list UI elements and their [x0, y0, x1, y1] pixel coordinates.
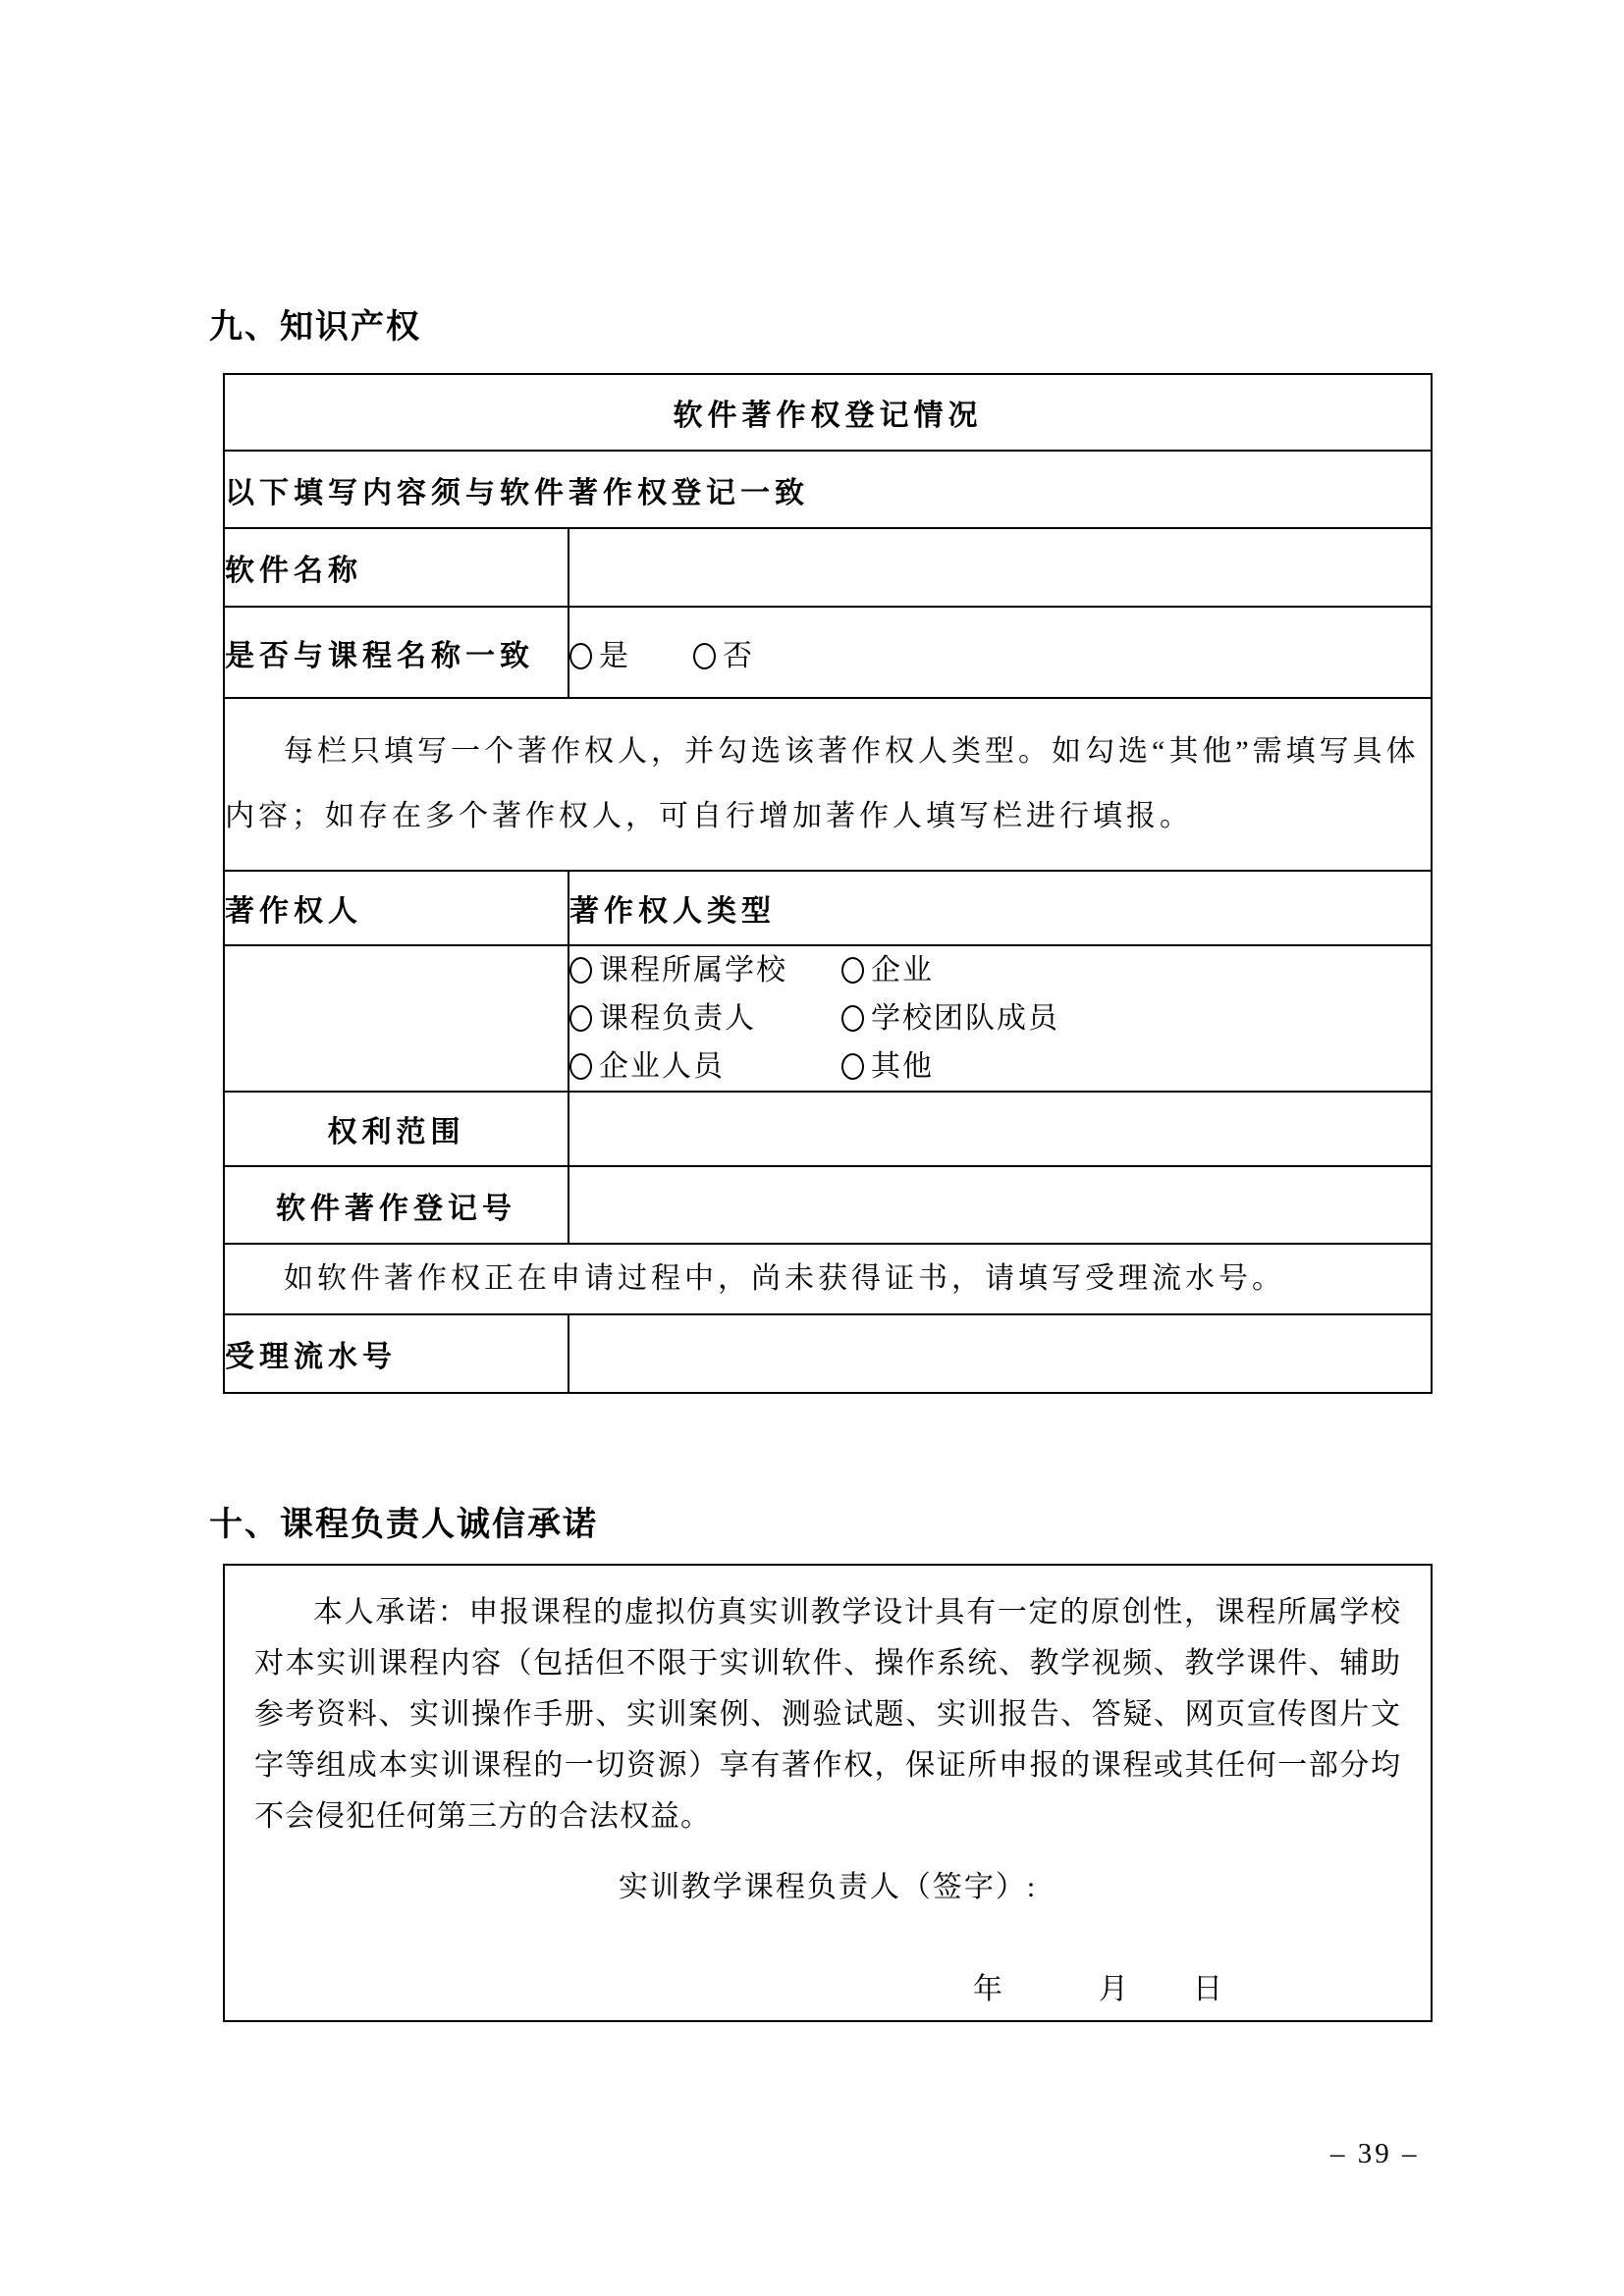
- radio-icon-course-leader[interactable]: [569, 1005, 592, 1032]
- owner-type-option-row: 课程负责人学校团队成员: [569, 994, 1431, 1042]
- date-line: 年 月 日: [225, 1964, 1431, 2015]
- no-option-label: 否: [723, 640, 754, 672]
- copyright-owner-note: 每栏只填写一个著作权人，并勾选该著作权人类型。如勾选“其他”需填写具体内容；如存…: [224, 698, 1432, 871]
- match-course-name-label: 是否与课程名称一致: [224, 607, 568, 698]
- table-row: 以下填写内容须与软件著作权登记一致: [224, 451, 1432, 528]
- radio-option-label: 学校团队成员: [871, 1002, 1059, 1035]
- radio-option: 学校团队成员: [841, 1002, 1059, 1035]
- radio-option-label: 企业人员: [599, 1050, 725, 1083]
- radio-option-label: 课程负责人: [599, 1002, 756, 1035]
- rights-scope-label: 权利范围: [224, 1092, 568, 1166]
- commitment-box: 本人承诺：申报课程的虚拟仿真实训教学设计具有一定的原创性，课程所属学校对本实训课…: [223, 1564, 1433, 2022]
- table-row: 软件名称: [224, 528, 1432, 607]
- radio-option: 其他: [841, 1050, 934, 1083]
- table-row: 如软件著作权正在申请过程中，尚未获得证书，请填写受理流水号。: [224, 1244, 1432, 1314]
- table-row: 著作权人 著作权人类型: [224, 871, 1432, 945]
- registration-number-label: 软件著作登记号: [224, 1166, 568, 1244]
- serial-number-field[interactable]: [568, 1314, 1432, 1393]
- radio-icon-course-school[interactable]: [569, 957, 592, 984]
- serial-number-label: 受理流水号: [224, 1314, 568, 1393]
- table-row: 是否与课程名称一致 是否: [224, 607, 1432, 698]
- copyright-owner-field[interactable]: [224, 945, 568, 1092]
- table-row: 受理流水号: [224, 1314, 1432, 1393]
- radio-icon-yes[interactable]: [569, 643, 592, 669]
- software-name-field[interactable]: [568, 528, 1432, 607]
- section-title-intellectual-property: 九、知识产权: [209, 307, 1624, 347]
- radio-icon-other[interactable]: [841, 1053, 864, 1080]
- match-course-choice-cell: 是否: [568, 607, 1432, 698]
- radio-option: 企业人员: [569, 1042, 841, 1091]
- section-title-integrity-commitment: 十、课程负责人诚信承诺: [209, 1505, 1624, 1544]
- owner-type-option-row: 课程所属学校企业: [569, 946, 1431, 994]
- table-row: 课程所属学校企业 课程负责人学校团队成员 企业人员其他: [224, 945, 1432, 1092]
- software-name-label: 软件名称: [224, 528, 568, 607]
- radio-option-label: 企业: [871, 954, 934, 987]
- radio-option: 课程负责人: [569, 994, 841, 1042]
- radio-icon-enterprise-staff[interactable]: [569, 1053, 592, 1080]
- radio-option: 企业: [841, 954, 934, 987]
- table-header-copyright-registration: 软件著作权登记情况: [224, 374, 1432, 451]
- pending-application-note: 如软件著作权正在申请过程中，尚未获得证书，请填写受理流水号。: [224, 1244, 1432, 1314]
- copyright-owner-label: 著作权人: [224, 871, 568, 945]
- table-row: 软件著作权登记情况: [224, 374, 1432, 451]
- rights-scope-field[interactable]: [568, 1092, 1432, 1166]
- radio-option-label: 课程所属学校: [599, 954, 787, 987]
- table-subheader-note: 以下填写内容须与软件著作权登记一致: [224, 451, 1432, 528]
- radio-icon-enterprise[interactable]: [841, 957, 864, 984]
- table-row: 每栏只填写一个著作权人，并勾选该著作权人类型。如勾选“其他”需填写具体内容；如存…: [224, 698, 1432, 871]
- radio-icon-no[interactable]: [693, 643, 716, 669]
- owner-type-option-row: 企业人员其他: [569, 1042, 1431, 1091]
- table-row: 权利范围: [224, 1092, 1432, 1166]
- radio-option: 课程所属学校: [569, 946, 841, 994]
- signature-label: 实训教学课程负责人（签字）:: [225, 1862, 1431, 1913]
- commitment-text: 本人承诺：申报课程的虚拟仿真实训教学设计具有一定的原创性，课程所属学校对本实训课…: [225, 1566, 1431, 1842]
- software-copyright-table: 软件著作权登记情况 以下填写内容须与软件著作权登记一致 软件名称 是否与课程名称…: [223, 373, 1433, 1394]
- radio-option-label: 其他: [871, 1050, 934, 1083]
- registration-number-field[interactable]: [568, 1166, 1432, 1244]
- yes-option-label: 是: [599, 640, 630, 672]
- page-number: – 39 –: [1330, 2138, 1420, 2170]
- owner-type-label: 著作权人类型: [568, 871, 1432, 945]
- radio-icon-school-team-member[interactable]: [841, 1005, 864, 1032]
- owner-type-options-cell: 课程所属学校企业 课程负责人学校团队成员 企业人员其他: [568, 945, 1432, 1092]
- table-row: 软件著作登记号: [224, 1166, 1432, 1244]
